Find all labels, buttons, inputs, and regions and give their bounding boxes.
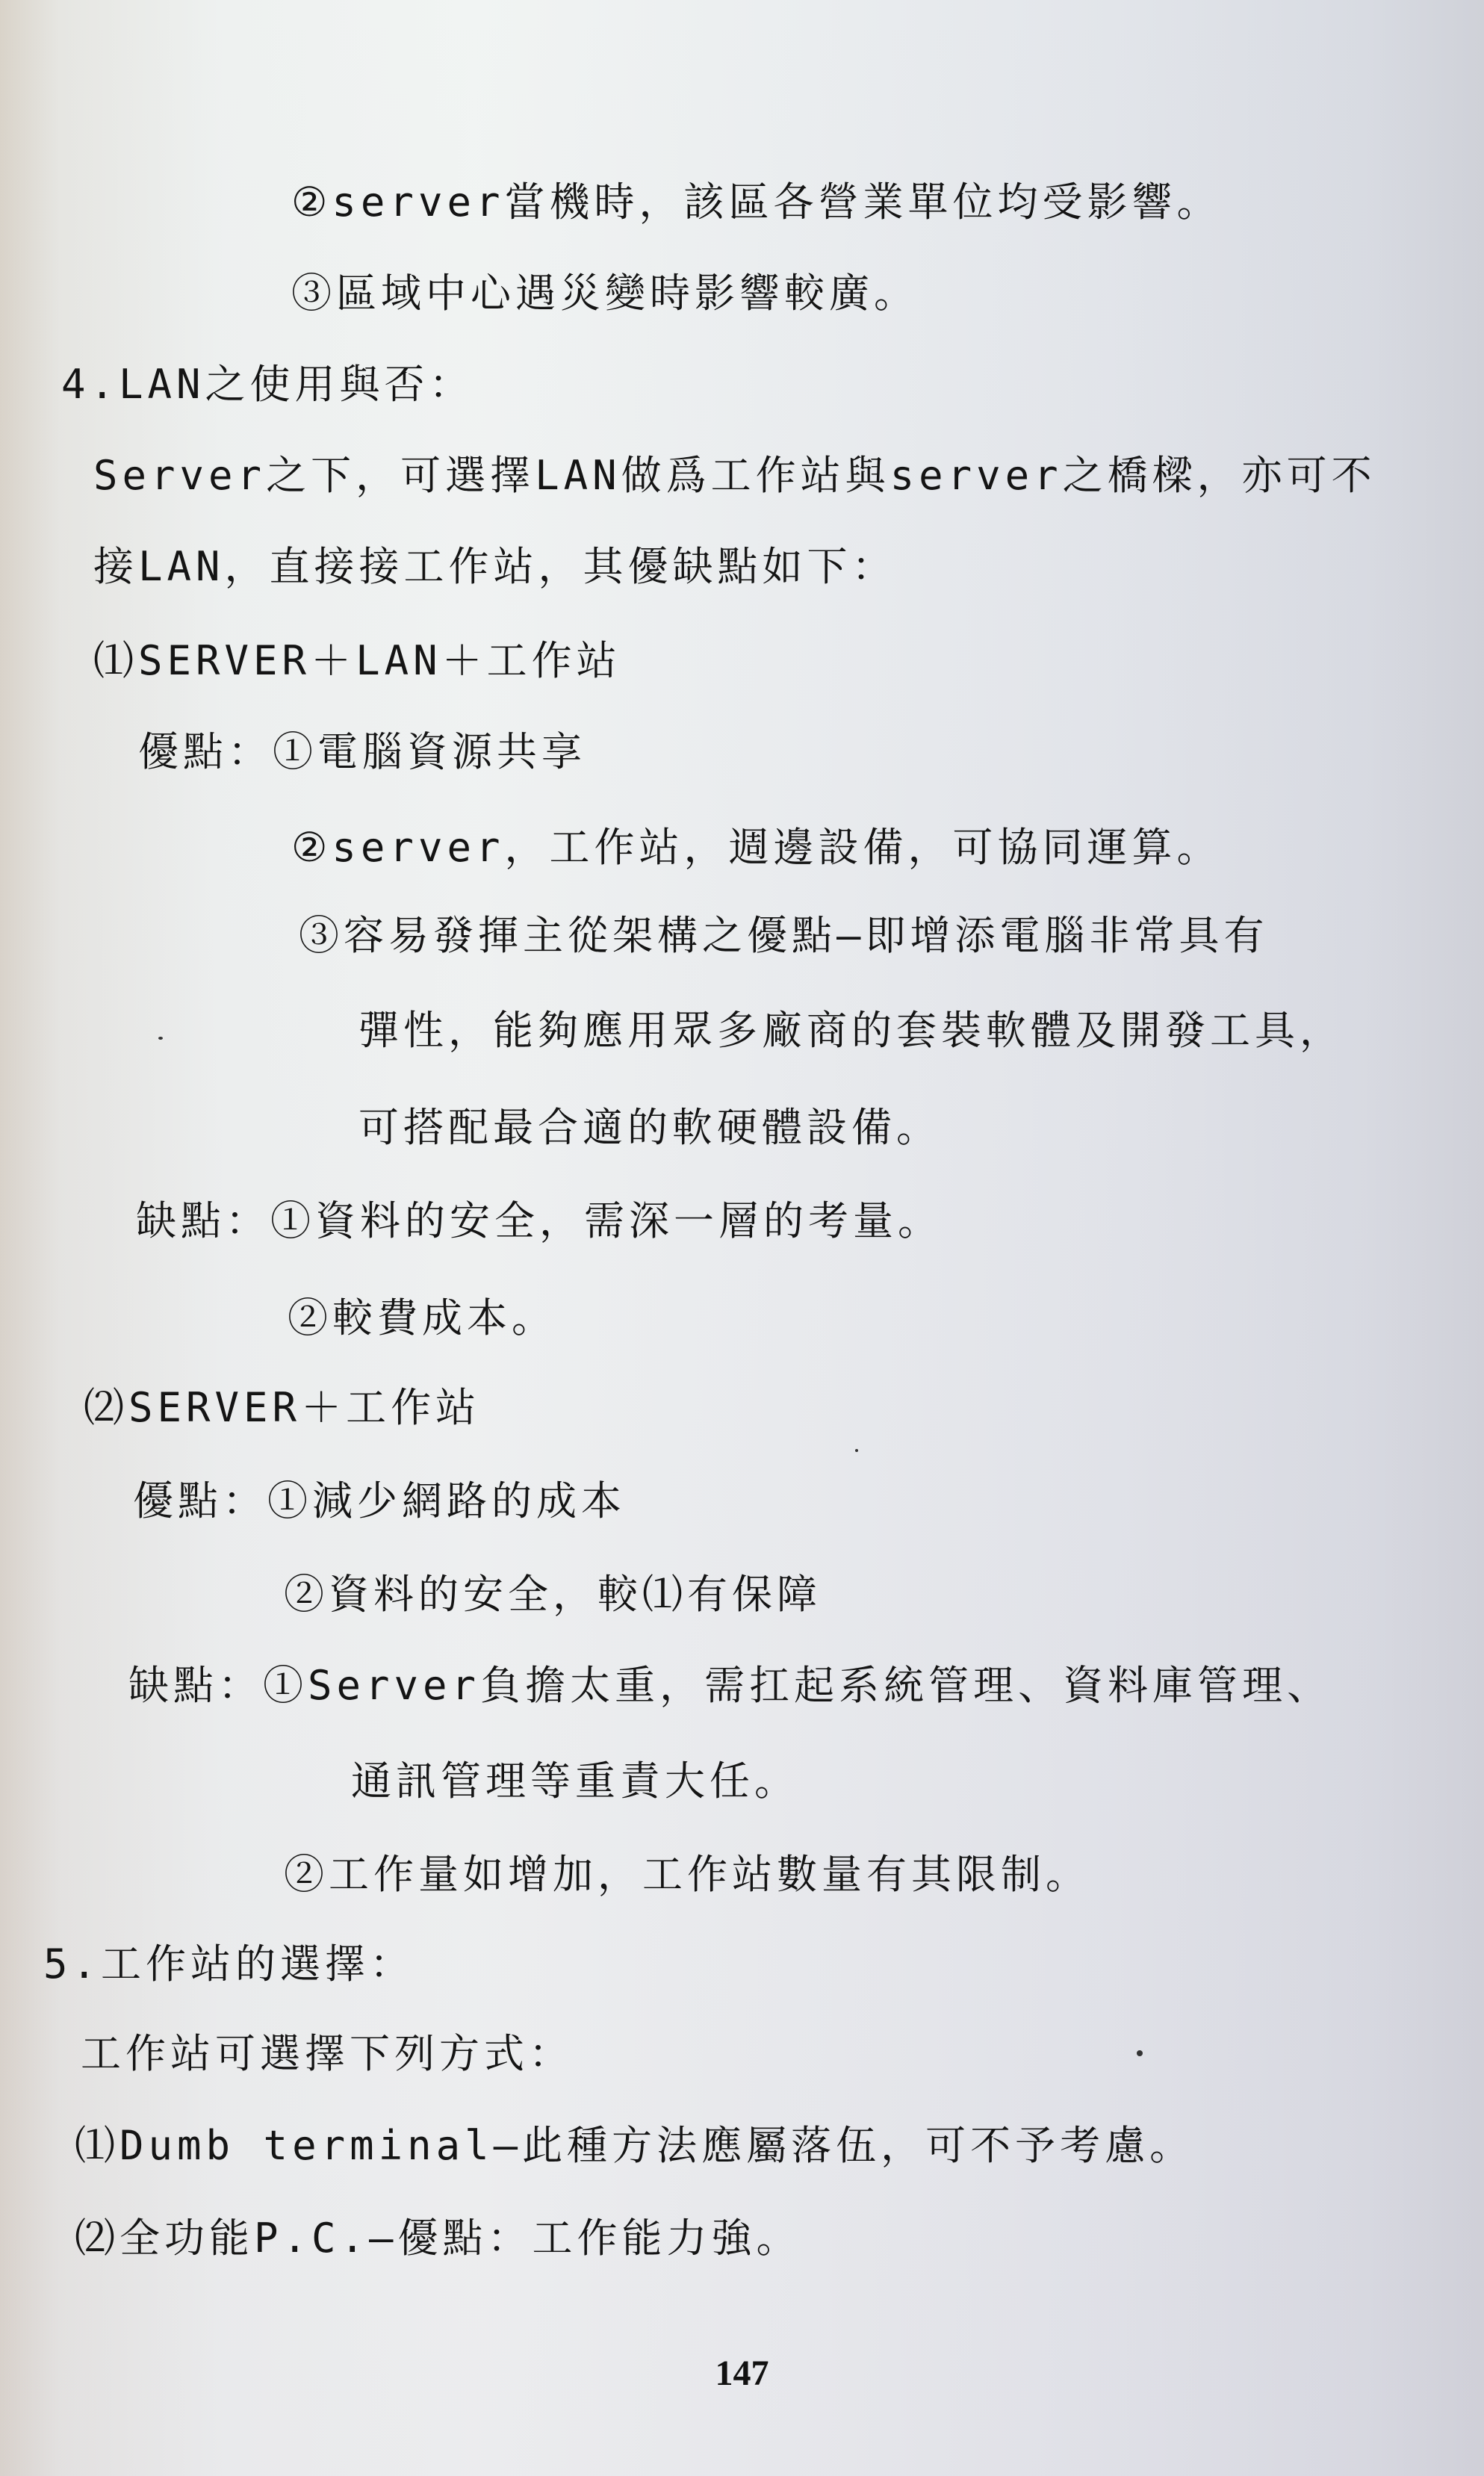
text-line: ②server當機時，該區各營業單位均受影響。 [291, 176, 1221, 229]
advantages-line: 優點：①減少網路的成本 [133, 1475, 626, 1527]
scan-speck [1137, 2050, 1143, 2056]
text-line: 通訊管理等重責大任。 [351, 1755, 799, 1808]
list-item: ⑴Dumb terminal—此種方法應屬落伍，可不予考慮。 [75, 2120, 1194, 2172]
text-line: ②server，工作站，週邊設備，可協同運算。 [291, 822, 1221, 874]
text-line: 工作站可選擇下列方式： [81, 2028, 574, 2080]
text-line: 接LAN，直接接工作站，其優缺點如下： [93, 541, 897, 593]
text-line: Server之下，可選擇LAN做爲工作站與server之橋樑，亦可不 [93, 450, 1376, 502]
document-page: ②server當機時，該區各營業單位均受影響。 ③區域中心遇災變時影響較廣。 4… [0, 0, 1484, 2476]
text-line: ③區域中心遇災變時影響較廣。 [291, 267, 919, 320]
disadvantages-line: 缺點：①Server負擔太重，需扛起系統管理、資料庫管理、 [128, 1660, 1332, 1712]
scan-speck [855, 1449, 858, 1452]
text-line: ②較費成本。 [288, 1292, 556, 1344]
list-item: ⑵全功能P.C.—優點：工作能力強。 [75, 2212, 801, 2265]
section-heading: 4.LAN之使用與否： [61, 359, 474, 411]
section-heading: 5.工作站的選擇： [43, 1938, 415, 1991]
text-line: 彈性，能夠應用眾多廠商的套裝軟體及開發工具， [358, 1005, 1344, 1057]
text-line: ②資料的安全，較⑴有保障 [284, 1569, 822, 1621]
subsection-heading: ⑵SERVER＋工作站 [84, 1382, 480, 1434]
disadvantages-line: 缺點：①資料的安全，需深一層的考量。 [136, 1195, 943, 1247]
text-line: 可搭配最合適的軟硬體設備。 [358, 1102, 941, 1154]
advantages-line: 優點：①電腦資源共享 [138, 726, 586, 778]
page-number: 147 [0, 2353, 1484, 2394]
text-line: ③容易發揮主從架構之優點—即增添電腦非常具有 [299, 910, 1269, 962]
subsection-heading: ⑴SERVER＋LAN＋工作站 [93, 635, 621, 687]
scan-speck [158, 1037, 163, 1040]
text-line: ②工作量如增加，工作站數量有其限制。 [284, 1849, 1090, 1901]
